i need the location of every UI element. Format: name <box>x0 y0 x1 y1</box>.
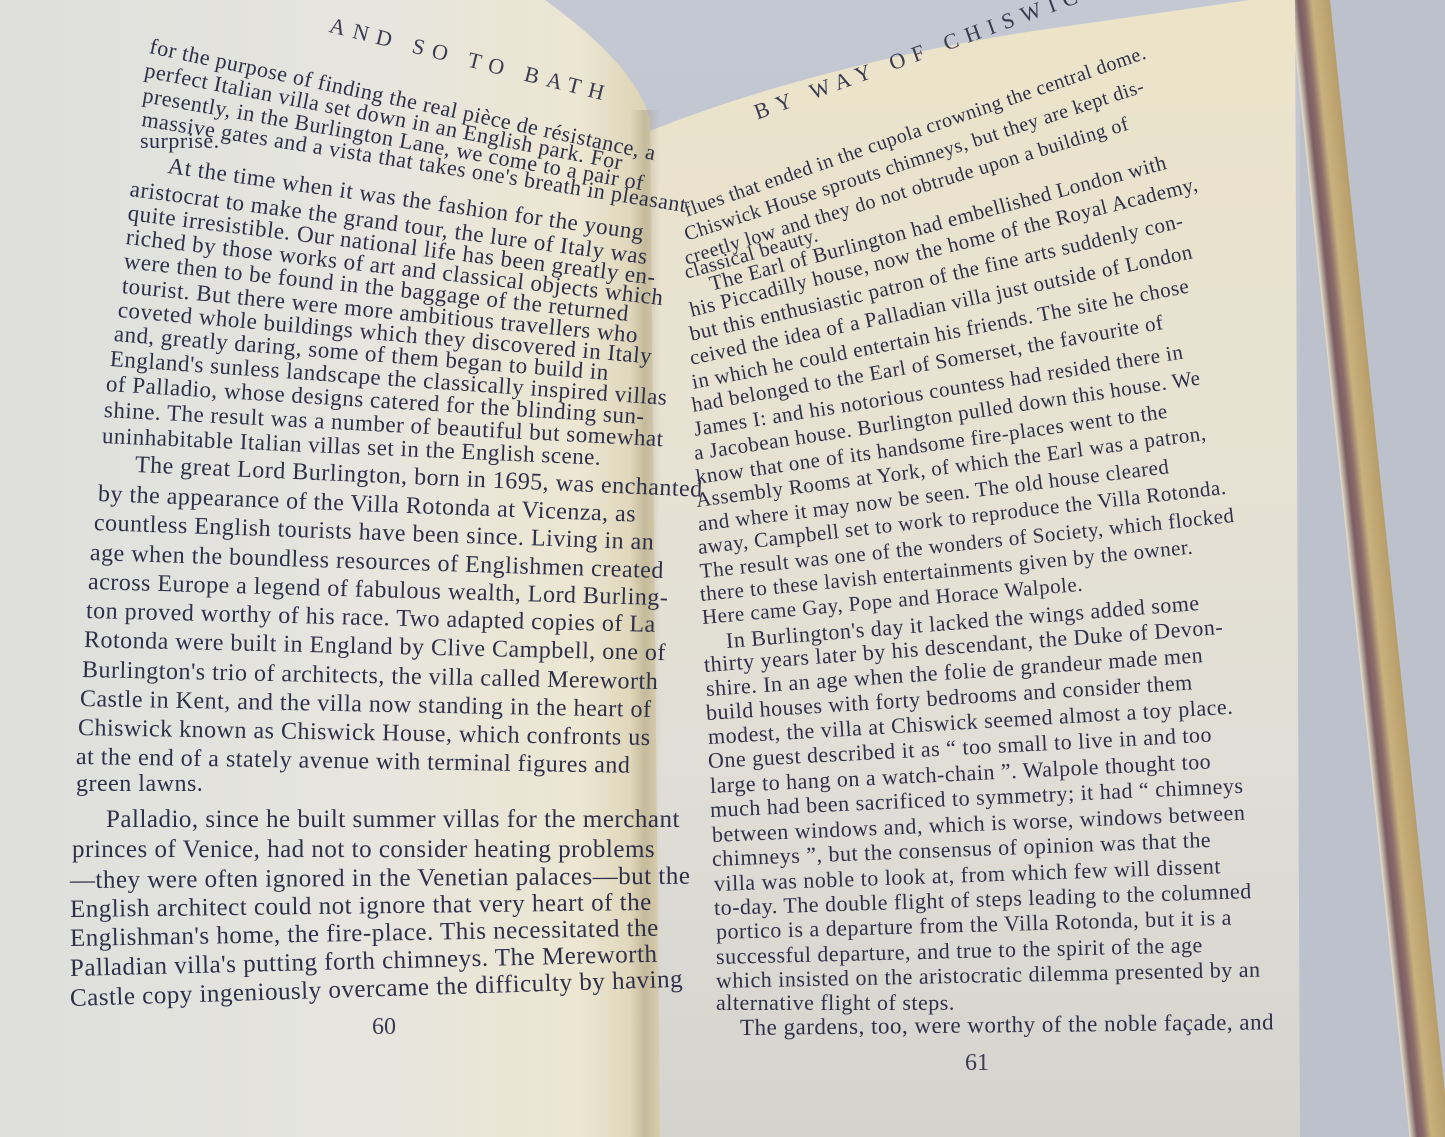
left-page-number: 60 <box>372 1014 396 1041</box>
text-line: alternative flight of steps. <box>716 990 955 1016</box>
text-line: princes of Venice, had not to consider h… <box>72 836 655 864</box>
right-page-number: 61 <box>965 1050 989 1077</box>
text-line: Palladio, since he built summer villas f… <box>106 806 680 834</box>
text-line: surprise. <box>140 128 220 154</box>
text-line: green lawns. <box>76 771 203 798</box>
